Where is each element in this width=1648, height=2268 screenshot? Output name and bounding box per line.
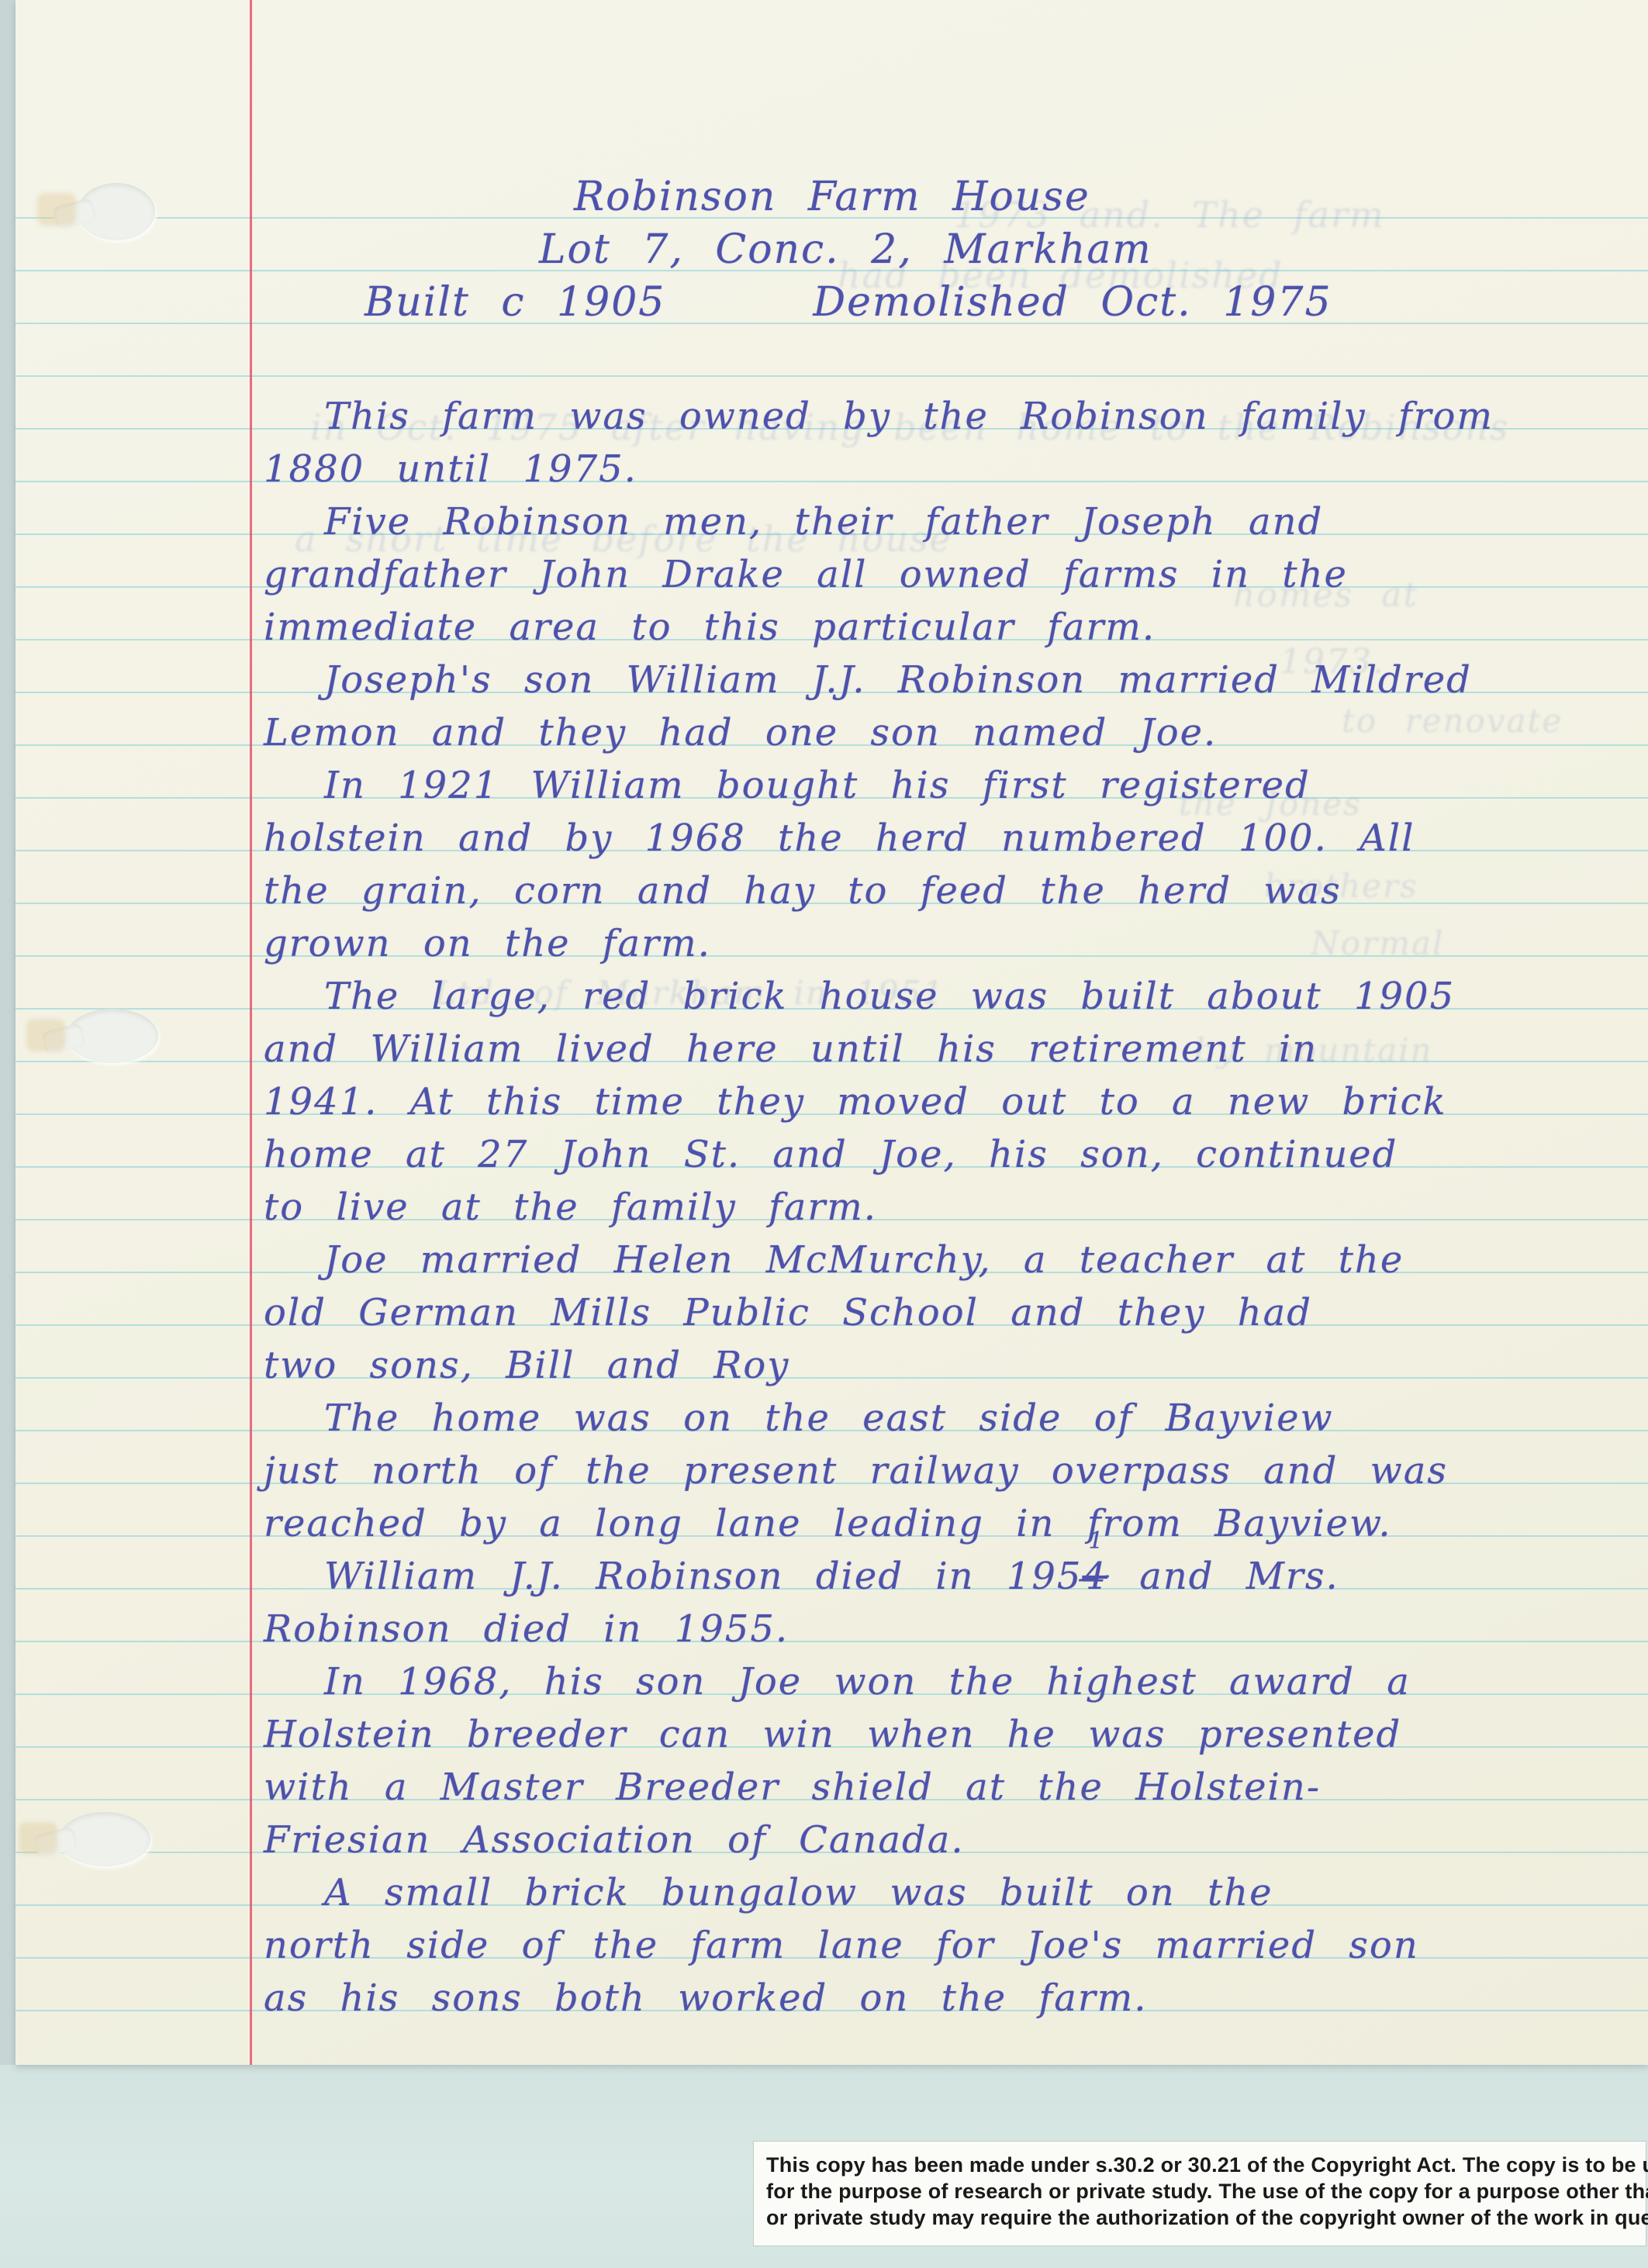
handwritten-line: Holstein breeder can win when he was pre… [264, 1708, 1629, 1761]
title-demolished-date: Demolished Oct. 1975 [813, 279, 1332, 326]
copyright-label: This copy has been made under s.30.2 or … [754, 2142, 1646, 2246]
handwritten-line: to live at the family farm. [264, 1181, 1629, 1234]
handwritten-line: Robinson died in 1955. [264, 1603, 1629, 1655]
title-built-date: Built c 1905 [364, 279, 665, 326]
handwritten-line: This farm was owned by the Robinson fami… [264, 390, 1629, 443]
handwritten-line: reached by a long lane leading in from B… [264, 1497, 1629, 1550]
ruled-line [16, 375, 1648, 377]
handwritten-line: Joseph's son William J.J. Robinson marri… [264, 654, 1629, 706]
handwritten-line: and William lived here until his retirem… [264, 1023, 1629, 1075]
handwritten-line: immediate area to this particular farm. [264, 601, 1629, 654]
handwritten-line: just north of the present railway overpa… [264, 1445, 1629, 1497]
handwritten-line: The large, red brick house was built abo… [264, 970, 1629, 1023]
handwritten-line: A small brick bungalow was built on the [264, 1866, 1629, 1919]
scanner-edge-strip [0, 0, 16, 2268]
punch-hole-bottom [59, 1812, 150, 1866]
handwritten-line: two sons, Bill and Roy [264, 1339, 1629, 1392]
handwritten-line: with a Master Breeder shield at the Hols… [264, 1761, 1629, 1814]
corrected-digit: 41 [1082, 1550, 1107, 1603]
handwritten-line: Joe married Helen McMurchy, a teacher at… [264, 1234, 1629, 1286]
handwritten-line: as his sons both worked on the farm. [264, 1972, 1629, 2025]
handwritten-line: 1880 until 1975. [264, 443, 1629, 495]
copyright-line-3: or private study may require the authori… [766, 2204, 1633, 2231]
copyright-line-1: This copy has been made under s.30.2 or … [766, 2152, 1633, 2178]
punch-hole-top [78, 183, 155, 240]
handwritten-line: The home was on the east side of Bayview [264, 1392, 1629, 1445]
handwritten-line: 1941. At this time they moved out to a n… [264, 1075, 1629, 1128]
handwritten-line: home at 27 John St. and Joe, his son, co… [264, 1128, 1629, 1181]
handwritten-line: grandfather John Drake all owned farms i… [264, 548, 1629, 601]
handwritten-line: north side of the farm lane for Joe's ma… [264, 1919, 1629, 1972]
handwritten-line: Lemon and they had one son named Joe. [264, 706, 1629, 759]
punch-hole-middle [67, 1009, 158, 1063]
title-line-3: Built c 1905Demolished Oct. 1975 [364, 271, 1332, 333]
handwritten-line: In 1921 William bought his first registe… [264, 759, 1629, 812]
copyright-line-2: for the purpose of research or private s… [766, 2178, 1633, 2204]
handwritten-line: old German Mills Public School and they … [264, 1286, 1629, 1339]
handwritten-line: William J.J. Robinson died in 19541 and … [264, 1550, 1629, 1603]
handwritten-line: In 1968, his son Joe won the highest awa… [264, 1655, 1629, 1708]
red-margin-line [250, 0, 252, 2065]
handwritten-line: Friesian Association of Canada. [264, 1814, 1629, 1866]
handwritten-line: holstein and by 1968 the herd numbered 1… [264, 812, 1629, 865]
handwritten-line: the grain, corn and hay to feed the herd… [264, 865, 1629, 917]
scanned-document: 1973 and. The farmhad been demolishedin … [0, 0, 1648, 2268]
handwritten-body: This farm was owned by the Robinson fami… [264, 390, 1629, 2025]
handwritten-line: Five Robinson men, their father Joseph a… [264, 495, 1629, 548]
handwritten-line: grown on the farm. [264, 917, 1629, 970]
